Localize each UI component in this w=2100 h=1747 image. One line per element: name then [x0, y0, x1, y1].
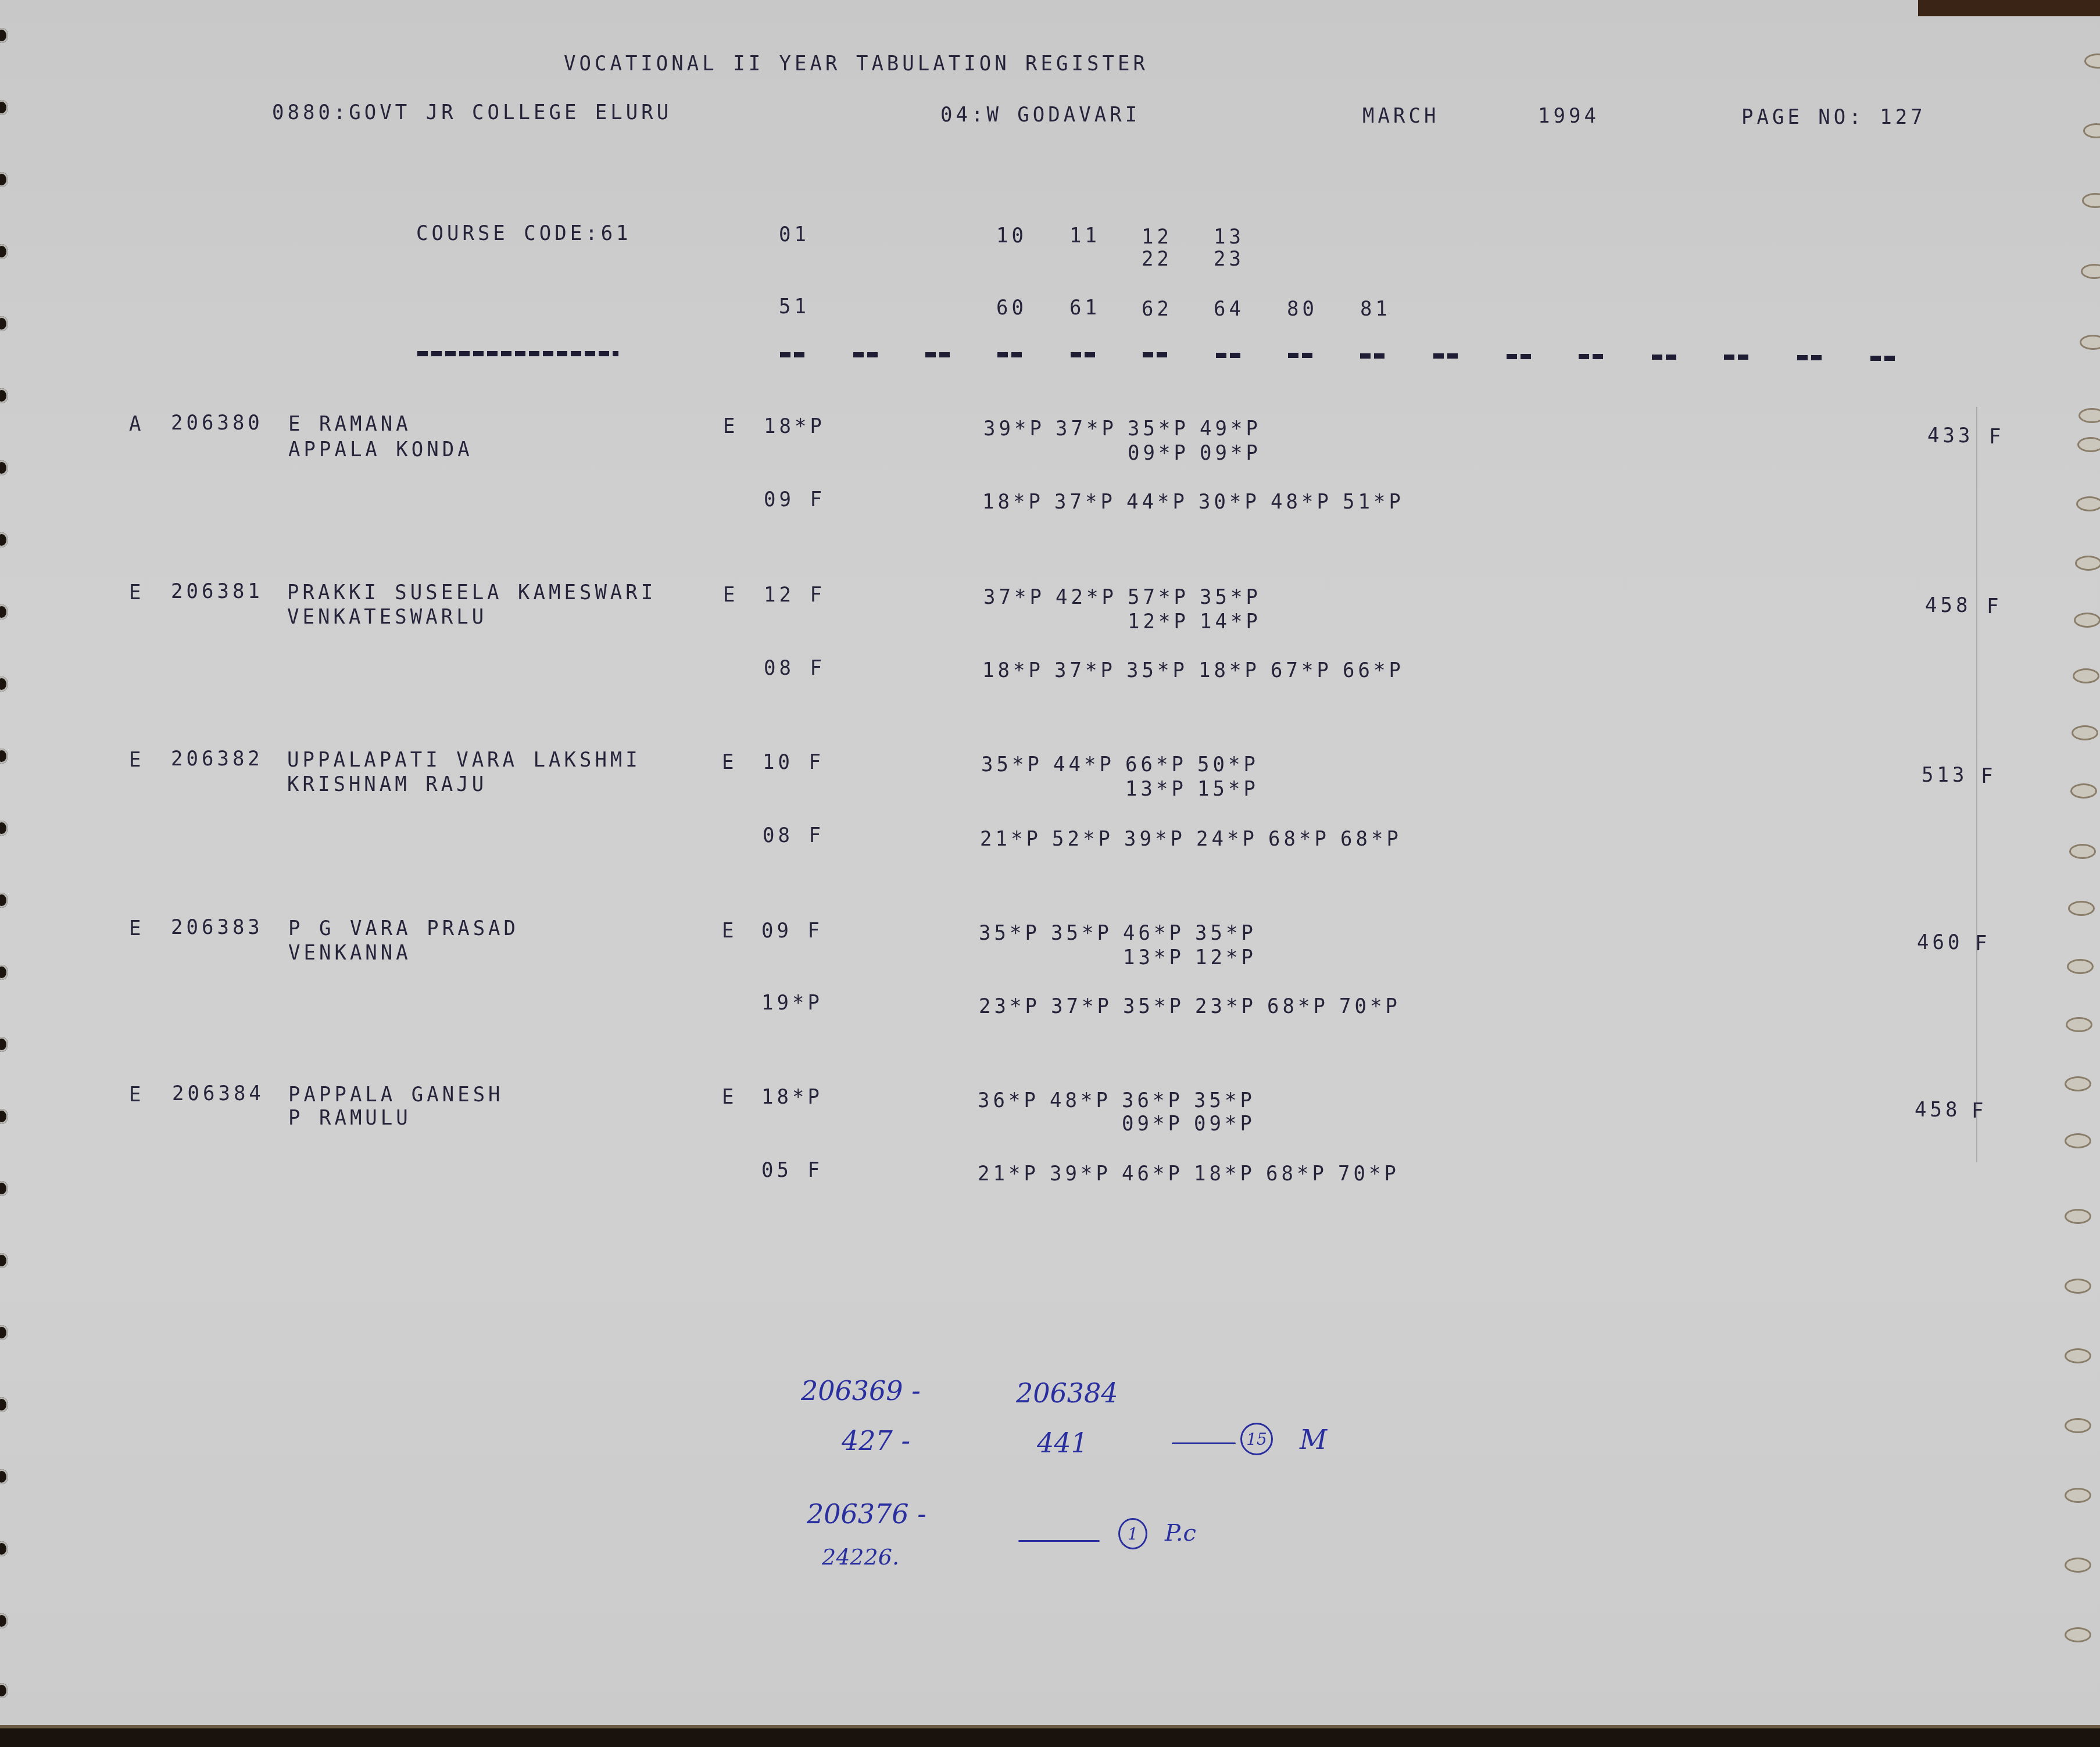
column-rule: [1288, 353, 1314, 358]
part1b-mark: 09 F: [764, 489, 825, 510]
sprocket-hole: [0, 1613, 8, 1628]
subject-code-81: 81: [1360, 298, 1391, 319]
father-name: P RAMULU: [288, 1107, 412, 1128]
sprocket-hole: [0, 676, 8, 692]
part1-mark: 10 F: [763, 751, 824, 772]
sprocket-hole: [0, 821, 8, 836]
medium: E: [722, 751, 737, 772]
handwritten-dash: [1172, 1442, 1236, 1444]
mark: 35*P: [979, 922, 1040, 943]
sprocket-hole: [2068, 901, 2095, 916]
handwritten-range3-end: 24226.: [822, 1546, 899, 1568]
mark: 12*P: [1195, 947, 1257, 968]
mark: 21*P: [980, 828, 1042, 849]
sprocket-hole: [2082, 193, 2100, 208]
sprocket-hole: [2084, 53, 2100, 69]
register-number: 206384: [172, 1083, 264, 1104]
district: 04:W GODAVARI: [940, 104, 1140, 125]
subject-code-64: 64: [1214, 298, 1244, 319]
exam-month: MARCH: [1362, 105, 1439, 126]
mark: 23*P: [1195, 996, 1257, 1016]
sprocket-hole: [2065, 1418, 2091, 1433]
mark: 18*P: [982, 491, 1044, 512]
mark: 39*P: [1124, 828, 1186, 849]
column-rule: [1797, 355, 1823, 360]
sprocket-hole: [0, 893, 8, 908]
sprocket-hole: [0, 749, 8, 764]
category: A: [129, 413, 144, 434]
sprocket-hole: [2065, 1488, 2091, 1503]
subject-code-11: 11: [1069, 225, 1100, 246]
column-rule: [1870, 356, 1896, 361]
mark: 09*P: [1122, 1113, 1183, 1134]
mark: 15*P: [1197, 778, 1259, 799]
sprocket-hole: [2076, 496, 2100, 511]
mark: 13*P: [1125, 778, 1187, 799]
mark: 09*P: [1194, 1113, 1255, 1134]
father-name: VENKANNA: [288, 942, 412, 963]
subject-code-80: 80: [1287, 298, 1318, 319]
total-marks: 460: [1917, 932, 1963, 953]
column-rule: [780, 352, 806, 357]
mark: 44*P: [1053, 754, 1115, 775]
mark: 39*P: [983, 418, 1045, 439]
column-rule: [1071, 352, 1096, 357]
sprocket-hole: [2078, 408, 2100, 423]
subject-code-51: 51: [779, 296, 810, 317]
medium: E: [722, 1086, 737, 1107]
mark: 37*P: [1054, 491, 1116, 512]
handwritten-dash: [1018, 1540, 1100, 1542]
sprocket-hole: [0, 965, 8, 980]
mark: 35*P: [981, 754, 1043, 775]
mark: 35*P: [1195, 922, 1257, 943]
printed-register-page: VOCATIONAL II YEAR TABULATION REGISTER 0…: [0, 0, 2100, 1728]
handwritten-count-label: P.c: [1165, 1522, 1196, 1545]
sprocket-hole: [2065, 1627, 2091, 1642]
mark: 70*P: [1338, 1163, 1400, 1184]
mark: 18*P: [1199, 660, 1260, 681]
total-marks: 458: [1915, 1099, 1961, 1120]
register-number: 206383: [171, 917, 263, 937]
mark: 67*P: [1271, 660, 1332, 681]
paper-torn-edge: [1918, 0, 2100, 16]
medium: E: [723, 416, 738, 436]
sprocket-hole: [2081, 264, 2100, 279]
mark: 49*P: [1200, 418, 1261, 439]
medium: E: [722, 920, 737, 941]
sprocket-hole: [0, 316, 8, 331]
mark: 52*P: [1052, 828, 1114, 849]
medium: E: [723, 584, 738, 605]
father-name: KRISHNAM RAJU: [287, 774, 487, 794]
sprocket-hole: [0, 100, 8, 115]
category: E: [129, 1084, 144, 1105]
mark: 37*P: [1054, 660, 1116, 681]
sprocket-hole: [2065, 1348, 2091, 1363]
mark: 68*P: [1267, 996, 1329, 1016]
paper-fold-line: [1976, 407, 1977, 1162]
student-name: PAPPALA GANESH: [288, 1084, 504, 1105]
subject-code-12: 12: [1142, 226, 1172, 247]
column-rule: [1507, 354, 1532, 359]
sprocket-hole: [0, 1541, 8, 1556]
column-rule: [1652, 355, 1677, 360]
column-rule: [1360, 353, 1386, 359]
column-rule: [1433, 353, 1459, 359]
mark: 21*P: [978, 1163, 1039, 1184]
mark: 12*P: [1128, 611, 1189, 632]
sprocket-hole: [0, 28, 8, 43]
column-rule: [1579, 354, 1604, 359]
register-title: VOCATIONAL II YEAR TABULATION REGISTER: [564, 53, 1149, 74]
column-rule: [997, 352, 1023, 357]
part1-mark: 09 F: [761, 920, 823, 941]
handwritten-count-label: M: [1300, 1426, 1327, 1453]
mark: 68*P: [1268, 828, 1330, 849]
mark: 35*P: [1128, 418, 1189, 439]
student-name: PRAKKI SUSEELA KAMESWARI: [287, 582, 656, 603]
mark: 35*P: [1194, 1090, 1255, 1111]
mark: 42*P: [1056, 586, 1117, 607]
sprocket-hole: [2077, 437, 2100, 452]
sprocket-hole: [2069, 844, 2096, 859]
part1b-mark: 19*P: [761, 992, 823, 1013]
student-name: E RAMANA: [288, 413, 412, 434]
column-rule: [853, 352, 879, 357]
sprocket-hole: [0, 1253, 8, 1268]
mark: 35*P: [1200, 586, 1261, 607]
sprocket-hole: [2067, 959, 2094, 974]
mark: 14*P: [1200, 611, 1261, 632]
sprocket-hole: [2072, 725, 2098, 740]
category: E: [129, 749, 144, 770]
mark: 37*P: [983, 586, 1045, 607]
subject-code-10: 10: [996, 225, 1027, 246]
register-number: 206382: [171, 748, 263, 769]
subject-code-60: 60: [996, 297, 1027, 318]
sprocket-hole: [0, 244, 8, 259]
student-name: UPPALAPATI VARA LAKSHMI: [287, 749, 641, 770]
part1-mark: 18*P: [764, 416, 825, 436]
mark: 36*P: [978, 1090, 1039, 1111]
sprocket-hole: [0, 1683, 8, 1698]
subject-code-01: 01: [779, 224, 810, 245]
sprocket-hole: [0, 388, 8, 403]
part1-mark: 18*P: [761, 1086, 823, 1107]
mark: 44*P: [1126, 491, 1188, 512]
mark: 70*P: [1339, 996, 1401, 1016]
result: F: [1972, 1100, 1987, 1121]
column-rule: [1216, 353, 1242, 358]
student-name: P G VARA PRASAD: [288, 918, 519, 939]
mark: 36*P: [1122, 1090, 1183, 1111]
sprocket-hole: [0, 604, 8, 620]
mark: 46*P: [1122, 1163, 1183, 1184]
sprocket-hole: [0, 1397, 8, 1412]
course-code: COURSE CODE:61: [416, 223, 632, 244]
exam-year: 1994: [1538, 105, 1600, 126]
sprocket-hole: [2073, 668, 2099, 683]
sprocket-hole: [2074, 613, 2100, 628]
handwritten-range3-start: 206376 -: [807, 1501, 926, 1527]
sprocket-hole: [0, 1469, 8, 1484]
sprocket-hole: [0, 1109, 8, 1124]
sprocket-hole: [2065, 1279, 2091, 1294]
mark: 66*P: [1343, 660, 1404, 681]
result: F: [1981, 765, 1996, 786]
mark: 57*P: [1128, 586, 1189, 607]
column-rule: [1724, 355, 1750, 360]
sprocket-hole: [2065, 1558, 2091, 1573]
part1b-mark: 05 F: [761, 1159, 823, 1180]
sprocket-hole: [0, 532, 8, 547]
father-name: APPALA KONDA: [288, 439, 473, 460]
result: F: [1989, 426, 2004, 447]
sprocket-hole: [2065, 1076, 2091, 1091]
mark: 09*P: [1128, 442, 1189, 463]
sprocket-hole: [2075, 556, 2100, 571]
sprocket-hole: [2066, 1017, 2092, 1032]
subject-code-23: 23: [1214, 248, 1244, 269]
handwritten-serial-start: 427 -: [842, 1427, 910, 1454]
mark: 18*P: [982, 660, 1044, 681]
mark: 66*P: [1125, 754, 1187, 775]
mark: 09*P: [1200, 442, 1261, 463]
mark: 30*P: [1199, 491, 1260, 512]
mark: 48*P: [1271, 491, 1332, 512]
register-number: 206380: [171, 412, 263, 433]
mark: 18*P: [1194, 1163, 1255, 1184]
total-marks: 513: [1922, 764, 1967, 785]
college-name: 0880:GOVT JR COLLEGE ELURU: [272, 102, 672, 123]
sprocket-hole: [0, 1181, 8, 1196]
result: F: [1987, 596, 2002, 617]
mark: 35*P: [1051, 922, 1112, 943]
total-marks: 433: [1927, 425, 1973, 446]
mark: 37*P: [1056, 418, 1117, 439]
mark: 35*P: [1126, 660, 1188, 681]
mark: 50*P: [1197, 754, 1259, 775]
part1-mark: 12 F: [764, 584, 825, 605]
mark: 48*P: [1050, 1090, 1111, 1111]
father-name: VENKATESWARLU: [287, 606, 487, 627]
name-column-rule: [417, 351, 618, 356]
sprocket-hole: [2083, 123, 2100, 138]
part1b-mark: 08 F: [764, 657, 825, 678]
page-number: PAGE NO: 127: [1741, 106, 1926, 127]
subject-code-22: 22: [1142, 248, 1172, 269]
circled-count: 1: [1118, 1518, 1147, 1549]
handwritten-range-end: 206384: [1016, 1380, 1118, 1406]
mark: 39*P: [1050, 1163, 1111, 1184]
sprocket-hole: [0, 460, 8, 475]
category: E: [129, 918, 144, 939]
subject-code-61: 61: [1069, 297, 1100, 318]
mark: 24*P: [1196, 828, 1258, 849]
sprocket-hole: [2080, 335, 2100, 350]
sprocket-hole: [0, 172, 8, 187]
mark: 51*P: [1343, 491, 1404, 512]
mark: 68*P: [1340, 828, 1402, 849]
column-rule: [1143, 352, 1168, 357]
category: E: [129, 582, 144, 603]
part1b-mark: 08 F: [763, 825, 824, 846]
sprocket-hole: [0, 1037, 8, 1052]
circled-count: 15: [1240, 1423, 1273, 1455]
subject-code-13: 13: [1214, 226, 1244, 247]
total-marks: 458: [1925, 595, 1971, 615]
sprocket-hole: [2065, 1133, 2091, 1148]
mark: 37*P: [1051, 996, 1112, 1016]
handwritten-range-start: 206369 -: [801, 1377, 921, 1404]
mark: 68*P: [1266, 1163, 1328, 1184]
mark: 13*P: [1123, 947, 1185, 968]
mark: 23*P: [979, 996, 1040, 1016]
register-number: 206381: [171, 581, 263, 602]
sprocket-hole: [2065, 1209, 2091, 1224]
mark: 46*P: [1123, 922, 1185, 943]
mark: 35*P: [1123, 996, 1185, 1016]
sprocket-hole: [2070, 783, 2097, 799]
column-rule: [925, 352, 951, 357]
handwritten-serial-end: 441: [1037, 1430, 1088, 1456]
subject-code-62: 62: [1142, 298, 1172, 319]
sprocket-hole: [0, 1325, 8, 1340]
